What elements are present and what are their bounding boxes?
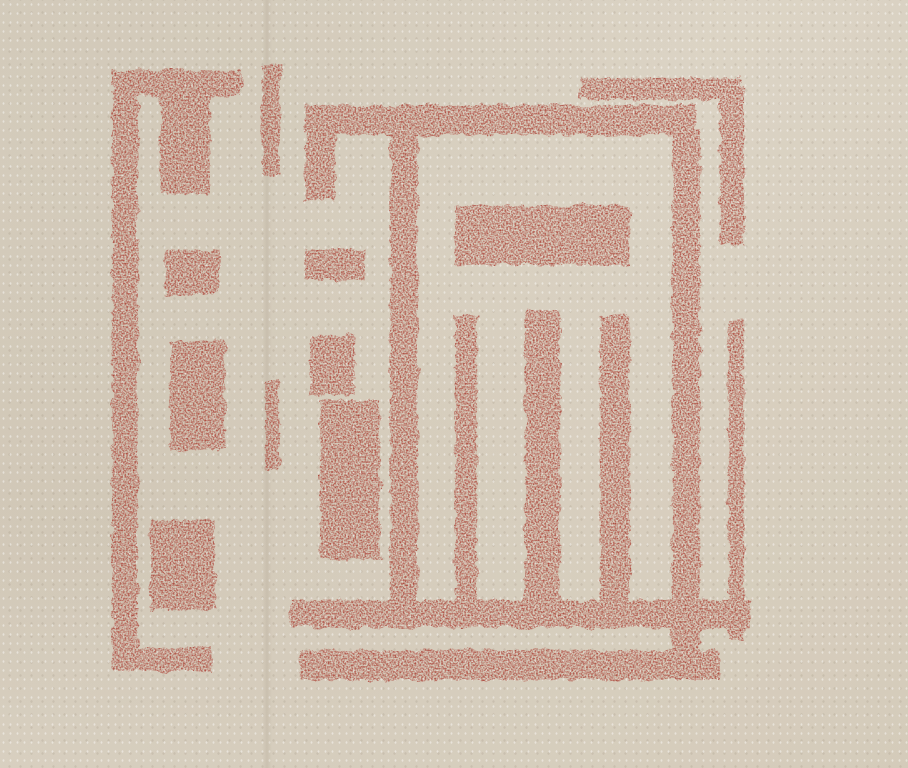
- seal-ink: [112, 65, 750, 680]
- photo: [0, 0, 908, 768]
- seal-stamp: [0, 0, 908, 768]
